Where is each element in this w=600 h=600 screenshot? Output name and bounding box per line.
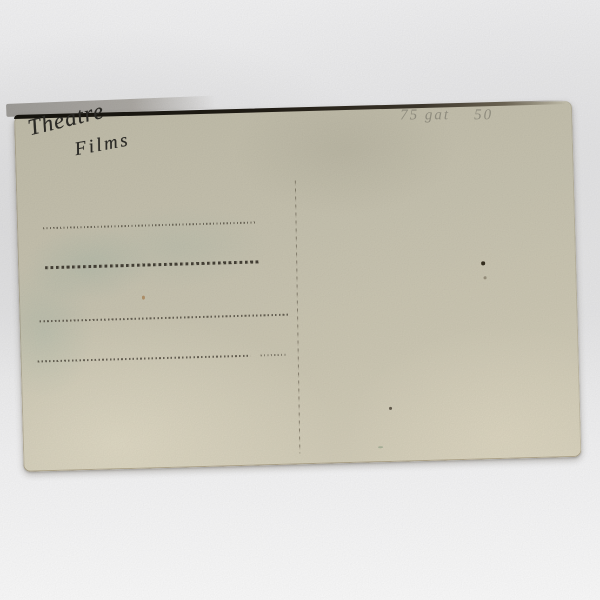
address-line-4-end-segment bbox=[261, 354, 287, 357]
pencil-inscription-right: 50 bbox=[474, 107, 493, 123]
address-line-2 bbox=[45, 260, 259, 268]
address-line-3 bbox=[40, 314, 289, 323]
ink-speck bbox=[481, 261, 485, 265]
lower-speck bbox=[389, 407, 392, 410]
rust-stain-dot bbox=[142, 296, 145, 300]
address-line-4 bbox=[38, 355, 251, 363]
center-divider-line bbox=[295, 180, 301, 453]
faint-speck bbox=[484, 276, 487, 279]
pencil-inscription: 75 gat50 bbox=[400, 107, 493, 124]
handwriting-films: Films bbox=[73, 129, 132, 161]
postcard-back: Theatre Films 75 gat50 bbox=[14, 101, 581, 472]
address-line-1 bbox=[43, 221, 257, 229]
photo-background: Theatre Films 75 gat50 bbox=[0, 0, 600, 600]
pencil-inscription-left: 75 gat bbox=[400, 107, 450, 123]
green-stain-mark bbox=[378, 446, 383, 448]
